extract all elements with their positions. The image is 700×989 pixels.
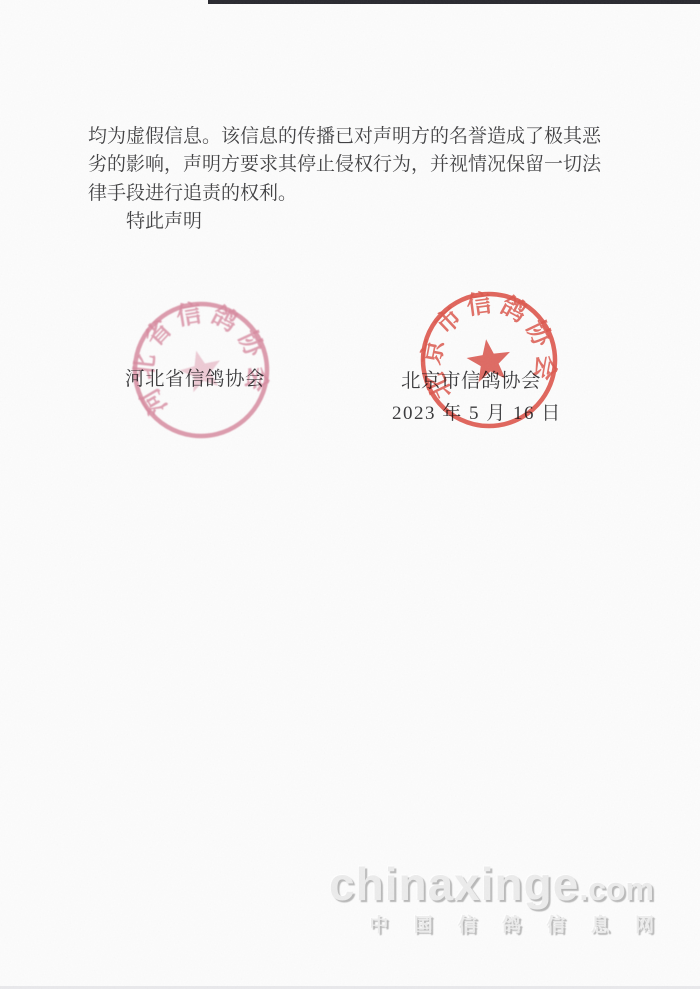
- watermark-site-name: chinaxinge: [329, 858, 579, 910]
- watermark-site-line: chinaxinge.com: [329, 861, 654, 912]
- scanned-document-page: 均为虚假信息。该信息的传播已对声明方的名誉造成了极其恶 劣的影响，声明方要求其停…: [0, 0, 700, 989]
- statement-paragraph: 均为虚假信息。该信息的传播已对声明方的名誉造成了极其恶 劣的影响，声明方要求其停…: [88, 123, 628, 236]
- paragraph-line: 均为虚假信息。该信息的传播已对声明方的名誉造成了极其恶: [88, 123, 628, 151]
- scan-top-edge-line: [208, 0, 700, 4]
- watermark: chinaxinge.com 中 国 信 鸽 信 息 网: [329, 861, 654, 937]
- hebei-association-name: 河北省信鸽协会: [125, 363, 265, 391]
- watermark-site-tld: .com: [579, 871, 654, 907]
- beijing-association-name: 北京市信鸽协会: [401, 365, 541, 393]
- paragraph-line: 劣的影响，声明方要求其停止侵权行为，并视情况保留一切法: [88, 151, 628, 179]
- seal-arc-text: 河北省信鸽协会: [116, 285, 281, 431]
- watermark-caption: 中 国 信 鸽 信 息 网: [329, 915, 664, 937]
- statement-date: 2023 年 5 月 16 日: [392, 398, 562, 425]
- paragraph-line: 律手段进行追责的权利。: [88, 180, 628, 208]
- closing-statement: 特此声明: [88, 208, 628, 236]
